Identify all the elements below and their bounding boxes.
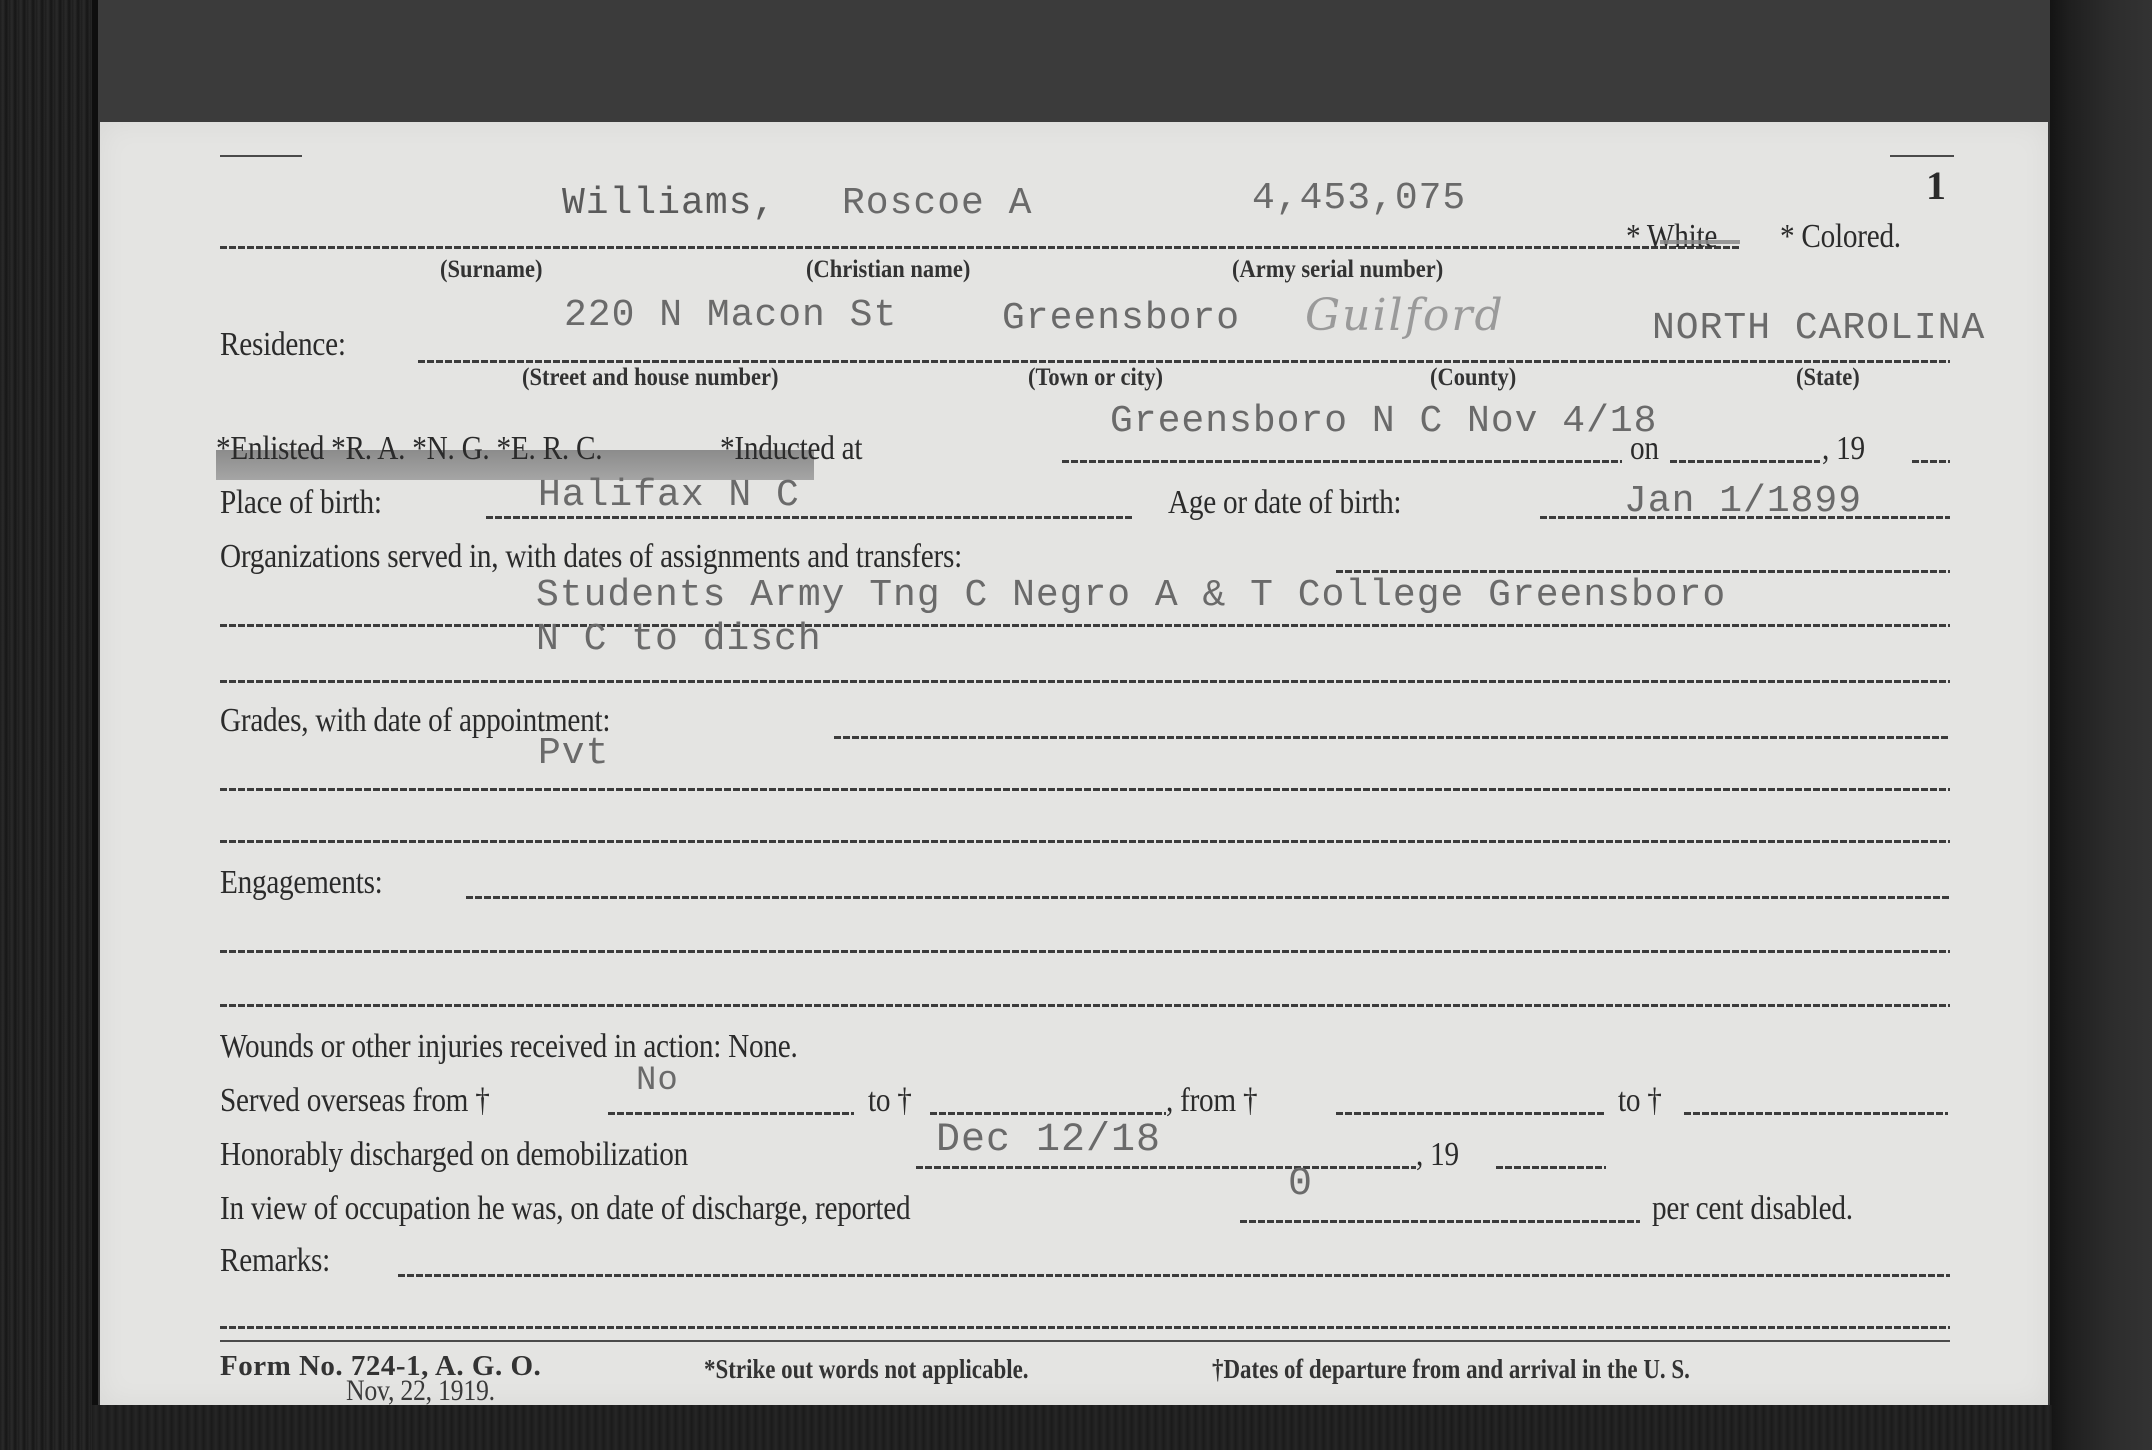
residence-line [418, 360, 1950, 363]
service-record-card: 1 Williams, Roscoe A 4,453,075 * White *… [100, 122, 2048, 1405]
overseas-to2-label: to † [1618, 1082, 1662, 1120]
form-date: Nov, 22, 1919. [346, 1374, 495, 1408]
overseas-to-label: to † [868, 1082, 912, 1120]
grades-line-1 [220, 788, 1950, 791]
race-white-strikeout [1660, 240, 1740, 244]
scanner-background-bottom [92, 1405, 2052, 1450]
engagements-line-2 [220, 1004, 1950, 1007]
town-label: (Town or city) [1028, 364, 1163, 392]
overseas-from2-line [1336, 1112, 1604, 1115]
overseas-from-value: No [636, 1062, 679, 1100]
remarks-line-0 [398, 1274, 1950, 1277]
race-white-label: * White [1626, 218, 1717, 255]
wounds-label: Wounds or other injuries received in act… [220, 1028, 798, 1066]
inducted-on-label: on [1630, 430, 1659, 468]
overseas-from2-label: , from † [1166, 1082, 1257, 1120]
inducted-year-label: , 19 [1822, 430, 1865, 468]
corner-rule-right [1890, 155, 1954, 157]
surname-label: (Surname) [440, 256, 543, 284]
remarks-line-1 [220, 1326, 1950, 1329]
inducted-year-line [1912, 460, 1950, 463]
scanner-background-left [0, 0, 92, 1450]
christian-name-value: Roscoe A [842, 182, 1032, 225]
scanner-edge [92, 0, 98, 1450]
enlistment-options: *Enlisted *R. A. *N. G. *E. R. C. [216, 430, 602, 468]
disability-suffix: per cent disabled. [1652, 1190, 1853, 1228]
discharge-label: Honorably discharged on demobilization [220, 1136, 688, 1174]
county-label: (County) [1430, 364, 1516, 392]
discharge-year-line [1496, 1166, 1606, 1169]
birthplace-value: Halifax N C [538, 474, 800, 517]
surname-value: Williams, [562, 182, 776, 225]
organizations-line-2: N C to disch [536, 618, 822, 661]
serial-number-label: (Army serial number) [1232, 256, 1443, 284]
overseas-to-line [930, 1112, 1166, 1115]
organizations-line-0 [1336, 570, 1950, 573]
corner-rule-left [220, 155, 302, 157]
grades-line-0 [834, 736, 1950, 739]
engagements-label: Engagements: [220, 864, 383, 902]
dates-note: †Dates of departure from and arrival in … [1212, 1354, 1690, 1385]
page-number: 1 [1926, 162, 1946, 209]
birthdate-line [1540, 516, 1950, 519]
birthplace-line [486, 516, 1132, 519]
christian-name-label: (Christian name) [806, 256, 970, 284]
engagements-line-0 [466, 896, 1950, 899]
grades-value: Pvt [538, 732, 609, 775]
inducted-label: *Inducted at [720, 430, 862, 468]
overseas-from-line [608, 1112, 854, 1115]
disability-value: 0 [1288, 1162, 1313, 1207]
disability-label: In view of occupation he was, on date of… [220, 1190, 910, 1228]
strike-out-note: *Strike out words not applicable. [704, 1354, 1029, 1385]
county-value: Guilford [1305, 290, 1505, 341]
engagements-line-1 [220, 950, 1950, 953]
birthdate-label: Age or date of birth: [1168, 484, 1401, 522]
discharge-value: Dec 12/18 [936, 1118, 1161, 1163]
town-value: Greensboro [1002, 297, 1240, 340]
inducted-date-line [1670, 460, 1820, 463]
state-label: (State) [1796, 364, 1860, 392]
organizations-label: Organizations served in, with dates of a… [220, 538, 962, 576]
remarks-label: Remarks: [220, 1242, 330, 1280]
inducted-line [1062, 460, 1622, 463]
birthplace-label: Place of birth: [220, 484, 382, 522]
discharge-year-label: , 19 [1416, 1136, 1459, 1174]
state-value: NORTH CAROLINA [1652, 307, 1985, 350]
inducted-value: Greensboro N C Nov 4/18 [1110, 400, 1658, 443]
race-white: * White [1626, 218, 1717, 256]
scanner-background-right [2050, 0, 2152, 1450]
footer-rule [220, 1340, 1950, 1342]
overseas-label: Served overseas from † [220, 1082, 490, 1120]
disability-line [1240, 1220, 1640, 1223]
residence-label: Residence: [220, 326, 346, 364]
discharge-line [916, 1166, 1416, 1169]
organizations-line-1: Students Army Tng C Negro A & T College … [536, 574, 1726, 617]
grades-line-2 [220, 840, 1950, 843]
serial-number-value: 4,453,075 [1252, 177, 1466, 220]
overseas-to2-line [1684, 1112, 1948, 1115]
organizations-line-1-rule [220, 624, 1950, 627]
name-line [220, 246, 1740, 249]
street-label: (Street and house number) [522, 364, 778, 392]
race-colored: * Colored. [1780, 218, 1901, 256]
street-value: 220 N Macon St [564, 294, 897, 337]
organizations-line-2-rule [220, 680, 1950, 683]
